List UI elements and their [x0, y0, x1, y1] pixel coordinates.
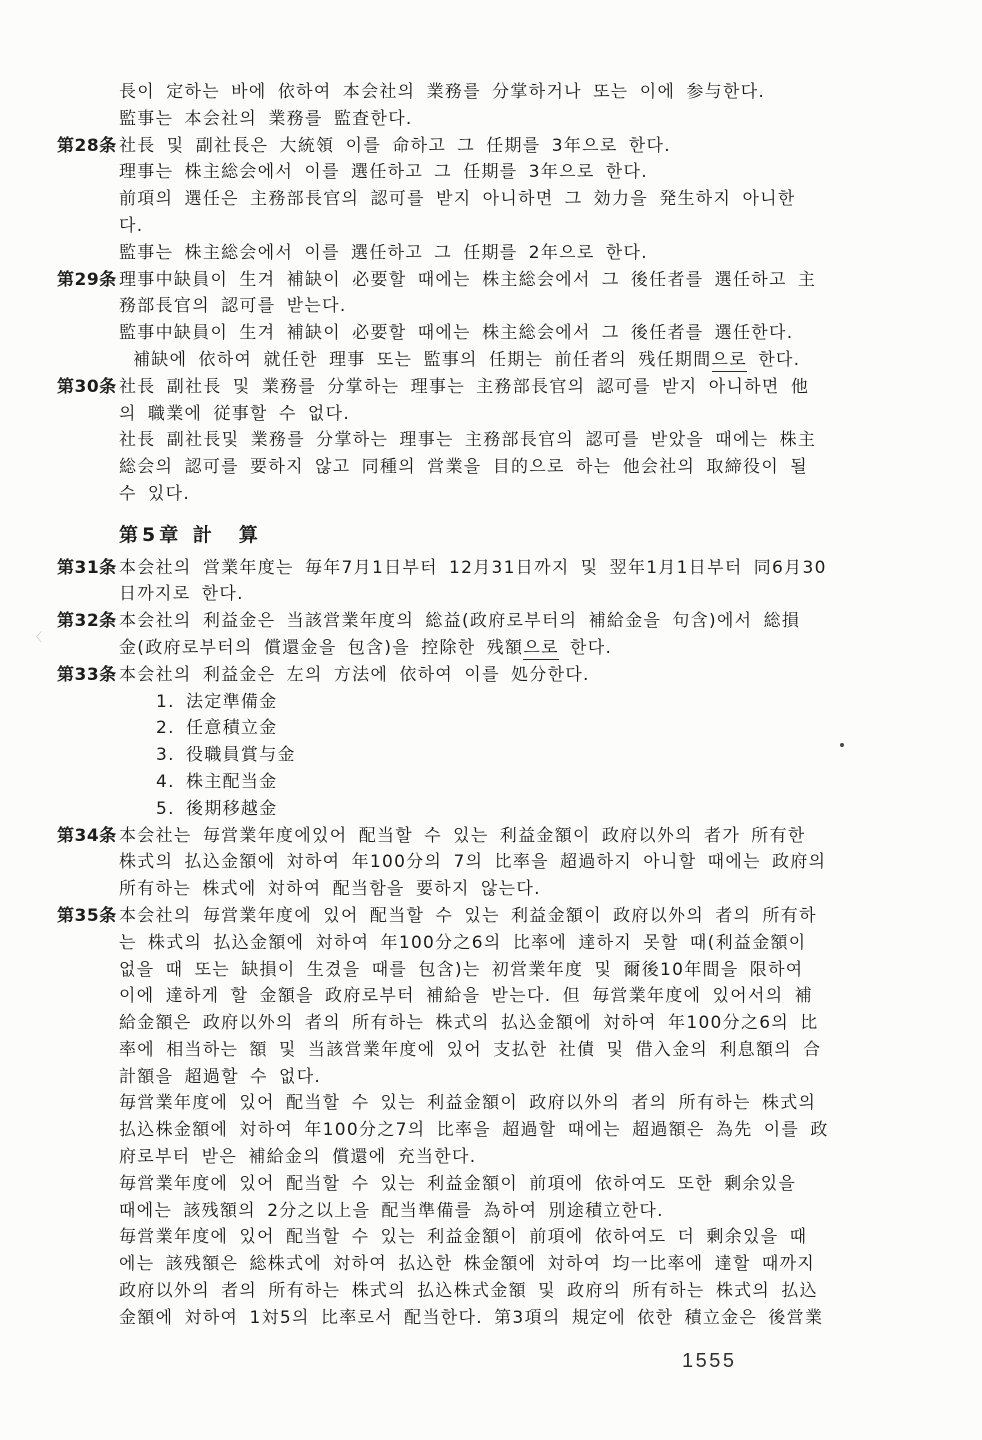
text-line: 前項의 選任은 主務部長官의 認可를 받지 아니하면 그 効力을 発生하지 아니… — [119, 186, 879, 213]
article-text: 社長 副社長 및 業務를 分掌하는 理事는 主務部長官의 認可를 받지 아니하면… — [119, 374, 879, 508]
article-block: 第32条本会社의 利益金은 当該営業年度의 総益(政府로부터의 補給金을 句含)… — [57, 608, 879, 662]
article-number: 第29条 — [57, 267, 119, 374]
text-line: 없을 때 또는 缺損이 生겼을 때를 包含)는 初営業年度 및 爾後10年間을 … — [119, 957, 879, 984]
article-text: 本会社의 営業年度는 毎年7月1日부터 12月31日까지 및 翌年1月1日부터 … — [119, 555, 879, 609]
article-number: 第33条 — [57, 662, 119, 823]
text-line: 計額을 超過할 수 없다. — [119, 1064, 879, 1091]
text-column: 長이 定하는 바에 依하여 本会社의 業務를 分掌하거나 또는 이에 参与한다.… — [57, 79, 879, 1332]
text-line: 3. 役職員賞与金 — [119, 742, 879, 769]
text-line: 長이 定하는 바에 依하여 本会社의 業務를 分掌하거나 또는 이에 参与한다. — [119, 79, 879, 106]
article-text: 長이 定하는 바에 依하여 本会社의 業務를 分掌하거나 또는 이에 参与한다.… — [119, 79, 879, 133]
text-line: 社長 및 副社長은 大統領 이를 命하고 그 任期를 3年으로 한다. — [119, 133, 879, 160]
text-line: 本会社의 利益金은 左의 方法에 依하여 이를 処分한다. — [119, 662, 879, 689]
text-line: 監事는 本会社의 業務를 監査한다. — [119, 106, 879, 133]
article-text: 本会社의 利益金은 当該営業年度의 総益(政府로부터의 補給金을 句含)에서 総… — [119, 608, 879, 662]
text-line: 4. 株主配当金 — [119, 769, 879, 796]
text-line: 務部長官의 認可를 받는다. — [119, 293, 879, 320]
text-line: 金額에 対하여 1対5의 比率로서 配当한다. 第3項의 規定에 依한 積立金은… — [119, 1305, 879, 1332]
chapter-heading: 第5章 計 算 — [119, 522, 879, 549]
underlined-text: 으로 — [712, 350, 747, 372]
margin-stray-mark: 〈 — [30, 628, 42, 645]
text-line: 給金額은 政府以外의 者의 所有하는 株式의 払込金額에 対하여 年100分之6… — [119, 1010, 879, 1037]
ink-speck — [840, 743, 844, 747]
article-block: 第29条理事中缺員이 生겨 補缺이 必要할 때에는 株主総会에서 그 後任者를 … — [57, 267, 879, 374]
text-line: 社長 副社長및 業務를 分掌하는 理事는 主務部長官의 認可를 받았을 때에는 … — [119, 427, 879, 454]
text-line: 金(政府로부터의 償還金을 包含)을 控除한 残額으로 한다. — [119, 635, 879, 662]
text-line: 払込株金額에 対하여 年100分之7의 比率을 超過할 때에는 超過額은 為先 … — [119, 1117, 879, 1144]
article-block: 第31条本会社의 営業年度는 毎年7月1日부터 12月31日까지 및 翌年1月1… — [57, 555, 879, 609]
text-line: 5. 後期移越金 — [119, 796, 879, 823]
text-line: 1. 法定準備金 — [119, 689, 879, 716]
article-number: 第35条 — [57, 903, 119, 1332]
text-line: 다. — [119, 213, 879, 240]
article-number: 第30条 — [57, 374, 119, 508]
text-line: 수 있다. — [119, 481, 879, 508]
text-line: 毎営業年度에 있어 配当할 수 있는 利益金額이 前項에 依하여도 또한 剰余있… — [119, 1171, 879, 1198]
article-number — [57, 79, 119, 133]
text-line: 監事中缺員이 生겨 補缺이 必要할 때에는 株主総会에서 그 後任者를 選任한다… — [119, 320, 879, 347]
article-block: 第33条本会社의 利益金은 左의 方法에 依하여 이를 処分한다.1. 法定準備… — [57, 662, 879, 823]
article-text: 本会社의 利益金은 左의 方法에 依하여 이를 処分한다.1. 法定準備金2. … — [119, 662, 879, 823]
article-block: 第34条本会社는 毎営業年度에있어 配当할 수 있는 利益金額이 政府以外의 者… — [57, 823, 879, 903]
text-line: 総会의 認可를 要하지 않고 同種의 営業을 目的으로 하는 他会社의 取締役이… — [119, 454, 879, 481]
text-line: 政府以外의 者의 所有하는 株式의 払込株式金額 및 政府의 所有하는 株式의 … — [119, 1278, 879, 1305]
text-line: 本会社의 利益金은 当該営業年度의 総益(政府로부터의 補給金을 句含)에서 総… — [119, 608, 879, 635]
scanned-page: 長이 定하는 바에 依하여 本会社의 業務를 分掌하거나 또는 이에 参与한다.… — [0, 0, 982, 1440]
text-line: 補缺에 依하여 就任한 理事 또는 監事의 任期는 前任者의 残任期間으로 한다… — [119, 347, 879, 374]
article-number: 第28条 — [57, 133, 119, 267]
text-line: 本会社는 毎営業年度에있어 配当할 수 있는 利益金額이 政府以外의 者가 所有… — [119, 823, 879, 850]
underlined-text: 으로 — [523, 638, 558, 660]
article-block: 第28条社長 및 副社長은 大統領 이를 命하고 그 任期를 3年으로 한다.理… — [57, 133, 879, 267]
text-line: 日까지로 한다. — [119, 581, 879, 608]
article-block: 第30条社長 副社長 및 業務를 分掌하는 理事는 主務部長官의 認可를 받지 … — [57, 374, 879, 508]
text-line: 本会社의 営業年度는 毎年7月1日부터 12月31日까지 및 翌年1月1日부터 … — [119, 555, 879, 582]
text-line: 社長 副社長 및 業務를 分掌하는 理事는 主務部長官의 認可를 받지 아니하면… — [119, 374, 879, 401]
text-line: 는 株式의 払込金額에 対하여 年100分之6의 比率에 達하지 못할 때(利益… — [119, 930, 879, 957]
text-line: 2. 任意積立金 — [119, 715, 879, 742]
article-text: 社長 및 副社長은 大統領 이를 命하고 그 任期를 3年으로 한다.理事는 株… — [119, 133, 879, 267]
text-line: 때에는 該残額의 2分之以上을 配当準備를 為하여 別途積立한다. — [119, 1198, 879, 1225]
text-line: 府로부터 받은 補給金의 償還에 充当한다. — [119, 1144, 879, 1171]
article-text: 理事中缺員이 生겨 補缺이 必要할 때에는 株主総会에서 그 後任者를 選任하고… — [119, 267, 879, 374]
text-line: 에는 該残額은 総株式에 対하여 払込한 株金額에 対하여 均一比率에 達할 때… — [119, 1251, 879, 1278]
text-line: 所有하는 株式에 対하여 配当함을 要하지 않는다. — [119, 876, 879, 903]
article-number: 第34条 — [57, 823, 119, 903]
text-line: 毎営業年度에 있어 配当할 수 있는 利益金額이 前項에 依하여도 더 剰余있을… — [119, 1224, 879, 1251]
article-text: 本会社는 毎営業年度에있어 配当할 수 있는 利益金額이 政府以外의 者가 所有… — [119, 823, 879, 903]
article-number: 第31条 — [57, 555, 119, 609]
text-line: 株式의 払込金額에 対하여 年100分의 7의 比率을 超過하지 아니할 때에는… — [119, 849, 879, 876]
text-line: 理事中缺員이 生겨 補缺이 必要할 때에는 株主総会에서 그 後任者를 選任하고… — [119, 267, 879, 294]
text-line: 毎営業年度에 있어 配当할 수 있는 利益金額이 政府以外의 者의 所有하는 株… — [119, 1090, 879, 1117]
text-line: 本会社의 毎営業年度에 있어 配当할 수 있는 利益金額이 政府以外의 者의 所… — [119, 903, 879, 930]
text-line: 率에 相当하는 額 및 当該営業年度에 있어 支払한 社債 및 借入金의 利息額… — [119, 1037, 879, 1064]
article-block: 第35条本会社의 毎営業年度에 있어 配当할 수 있는 利益金額이 政府以外의 … — [57, 903, 879, 1332]
text-line: 의 職業에 従事할 수 없다. — [119, 401, 879, 428]
article-text: 本会社의 毎営業年度에 있어 配当할 수 있는 利益金額이 政府以外의 者의 所… — [119, 903, 879, 1332]
page-number: 1555 — [682, 1350, 737, 1373]
continued-paragraph: 長이 定하는 바에 依하여 本会社의 業務를 分掌하거나 또는 이에 参与한다.… — [57, 79, 879, 133]
text-line: 이에 達하게 할 金額을 政府로부터 補給을 받는다. 但 毎営業年度에 있어서… — [119, 983, 879, 1010]
article-number: 第32条 — [57, 608, 119, 662]
text-line: 理事는 株主総会에서 이를 選任하고 그 任期를 3年으로 한다. — [119, 159, 879, 186]
text-line: 監事는 株主総会에서 이를 選任하고 그 任期를 2年으로 한다. — [119, 240, 879, 267]
